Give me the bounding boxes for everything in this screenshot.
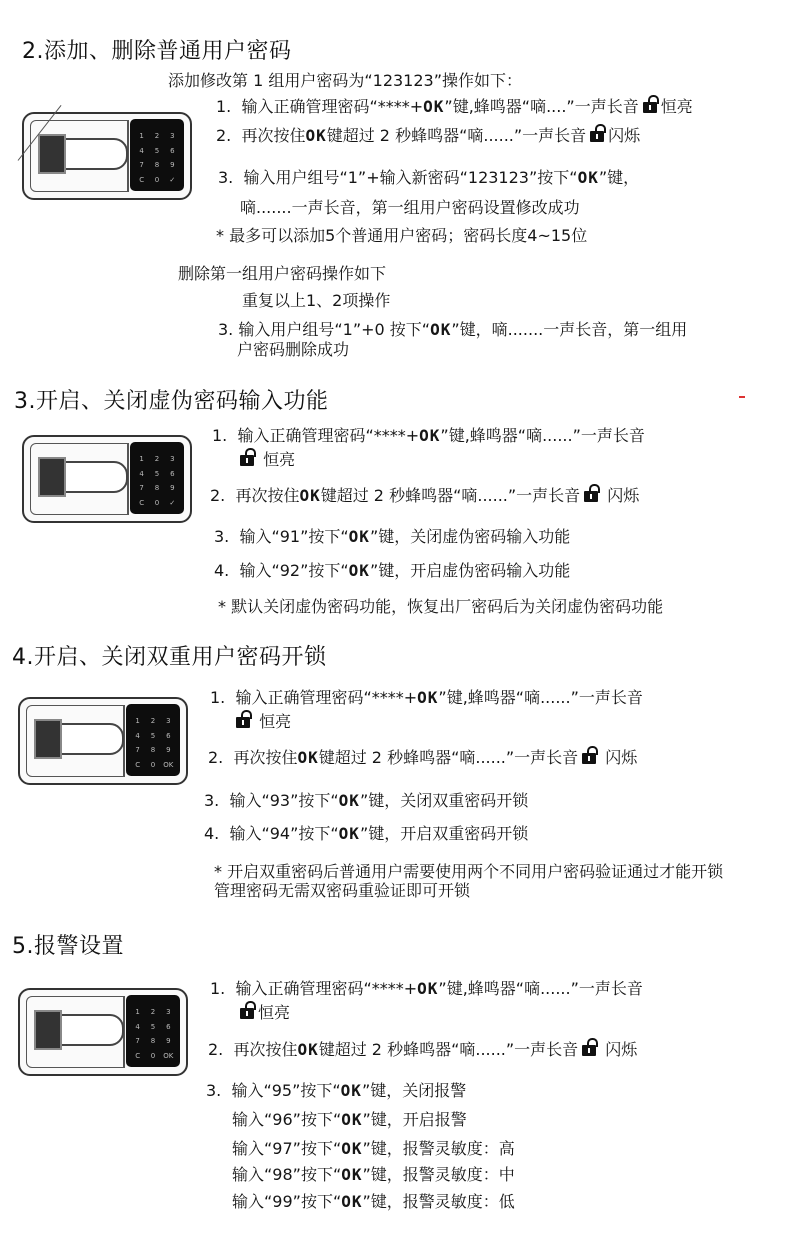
fingerprint-sensor-icon bbox=[34, 1010, 62, 1050]
s5-step-1: 1. 输入正确管理密码“****+OK”键,蜂鸣器“嘀......”一声长音 bbox=[210, 979, 643, 999]
keypad-illustration: 123 456 789 C0OK bbox=[126, 995, 180, 1067]
s4-step-1: 1. 输入正确管理密码“****+OK”键,蜂鸣器“嘀......”一声长音 bbox=[210, 688, 643, 708]
keypad-illustration: 123 456 789 C0OK bbox=[126, 704, 180, 776]
unlock-icon bbox=[236, 717, 250, 728]
section-2-subtitle: 添加修改第 1 组用户密码为“123123”操作如下： bbox=[168, 71, 522, 91]
s3-note: * 默认关闭虚伪密码功能，恢复出厂密码后为关闭虚伪密码功能 bbox=[218, 597, 663, 617]
unlock-icon bbox=[590, 131, 604, 142]
s2-step-2: 2. 再次按住OK键超过 2 秒蜂鸣器“嘀......”一声长音闪烁 bbox=[216, 126, 640, 146]
section-4-title: 4.开启、关闭双重用户密码开锁 bbox=[12, 640, 327, 671]
lock-illustration: 123 456 789 C0OK bbox=[18, 697, 188, 785]
s3-step-1-cont: 恒亮 bbox=[236, 450, 295, 470]
s4-step-1-cont: 恒亮 bbox=[232, 712, 291, 732]
red-mark bbox=[739, 396, 745, 398]
s5-step-3: 3. 输入“95”按下“OK”键，关闭报警 bbox=[206, 1081, 466, 1101]
s3-step-3: 3. 输入“91”按下“OK”键，关闭虚伪密码输入功能 bbox=[214, 527, 570, 547]
s5-step-97: 输入“97”按下“OK”键，报警灵敏度：高 bbox=[232, 1139, 515, 1159]
fingerprint-sensor-icon bbox=[38, 134, 66, 174]
s2-step-1: 1. 输入正确管理密码“****+OK”键,蜂鸣器“嘀....”一声长音恒亮 bbox=[216, 97, 693, 117]
s5-step-2: 2. 再次按住OK键超过 2 秒蜂鸣器“嘀......”一声长音 闪烁 bbox=[208, 1040, 637, 1060]
s2-delete-repeat: 重复以上1、2项操作 bbox=[242, 291, 390, 311]
unlock-icon bbox=[584, 491, 598, 502]
lock-illustration: 123 456 789 C0✓ bbox=[22, 435, 192, 523]
lock-illustration: 123 456 789 C0✓ bbox=[22, 112, 192, 200]
unlock-icon bbox=[240, 455, 254, 466]
s5-step-98: 输入“98”按下“OK”键，报警灵敏度：中 bbox=[232, 1165, 515, 1185]
fingerprint-sensor-icon bbox=[38, 457, 66, 497]
section-5-title: 5.报警设置 bbox=[12, 929, 124, 960]
s5-step-99: 输入“99”按下“OK”键，报警灵敏度：低 bbox=[232, 1192, 515, 1212]
keypad-illustration: 123 456 789 C0✓ bbox=[130, 119, 184, 191]
unlock-icon bbox=[582, 753, 596, 764]
s2-delete-step-3-cont: 户密码删除成功 bbox=[237, 340, 349, 360]
s3-step-2: 2. 再次按住OK键超过 2 秒蜂鸣器“嘀......”一声长音 闪烁 bbox=[210, 486, 639, 506]
s4-step-2: 2. 再次按住OK键超过 2 秒蜂鸣器“嘀......”一声长音 闪烁 bbox=[208, 748, 637, 768]
s2-step-3-cont: 嘀.......一声长音，第一组用户密码设置修改成功 bbox=[240, 198, 580, 218]
section-2-title: 2.添加、删除普通用户密码 bbox=[22, 34, 292, 65]
section-3-title: 3.开启、关闭虚伪密码输入功能 bbox=[14, 384, 329, 415]
s5-step-96: 输入“96”按下“OK”键，开启报警 bbox=[232, 1110, 467, 1130]
fingerprint-sensor-icon bbox=[34, 719, 62, 759]
s5-step-1-cont: 恒亮 bbox=[236, 1003, 290, 1023]
s2-step-3: 3. 输入用户组号“1”+输入新密码“123123”按下“OK”键， bbox=[218, 168, 639, 188]
s4-note-2: 管理密码无需双密码重验证即可开锁 bbox=[214, 881, 470, 901]
s4-note-1: * 开启双重密码后普通用户需要使用两个不同用户密码验证通过才能开锁 bbox=[214, 862, 723, 882]
s4-step-4: 4. 输入“94”按下“OK”键，开启双重密码开锁 bbox=[204, 824, 528, 844]
s4-step-3: 3. 输入“93”按下“OK”键，关闭双重密码开锁 bbox=[204, 791, 528, 811]
keypad-illustration: 123 456 789 C0✓ bbox=[130, 442, 184, 514]
unlock-icon bbox=[643, 102, 657, 113]
s2-delete-title: 删除第一组用户密码操作如下 bbox=[178, 264, 386, 284]
s2-note: * 最多可以添加5个普通用户密码；密码长度4~15位 bbox=[216, 226, 587, 246]
s2-delete-step-3: 3. 输入用户组号“1”+0 按下“OK”键，嘀.......一声长音，第一组用 bbox=[218, 320, 687, 340]
unlock-icon bbox=[240, 1008, 254, 1019]
s3-step-1: 1. 输入正确管理密码“****+OK”键,蜂鸣器“嘀......”一声长音 bbox=[212, 426, 645, 446]
lock-illustration: 123 456 789 C0OK bbox=[18, 988, 188, 1076]
unlock-icon bbox=[582, 1045, 596, 1056]
s3-step-4: 4. 输入“92”按下“OK”键，开启虚伪密码输入功能 bbox=[214, 561, 570, 581]
